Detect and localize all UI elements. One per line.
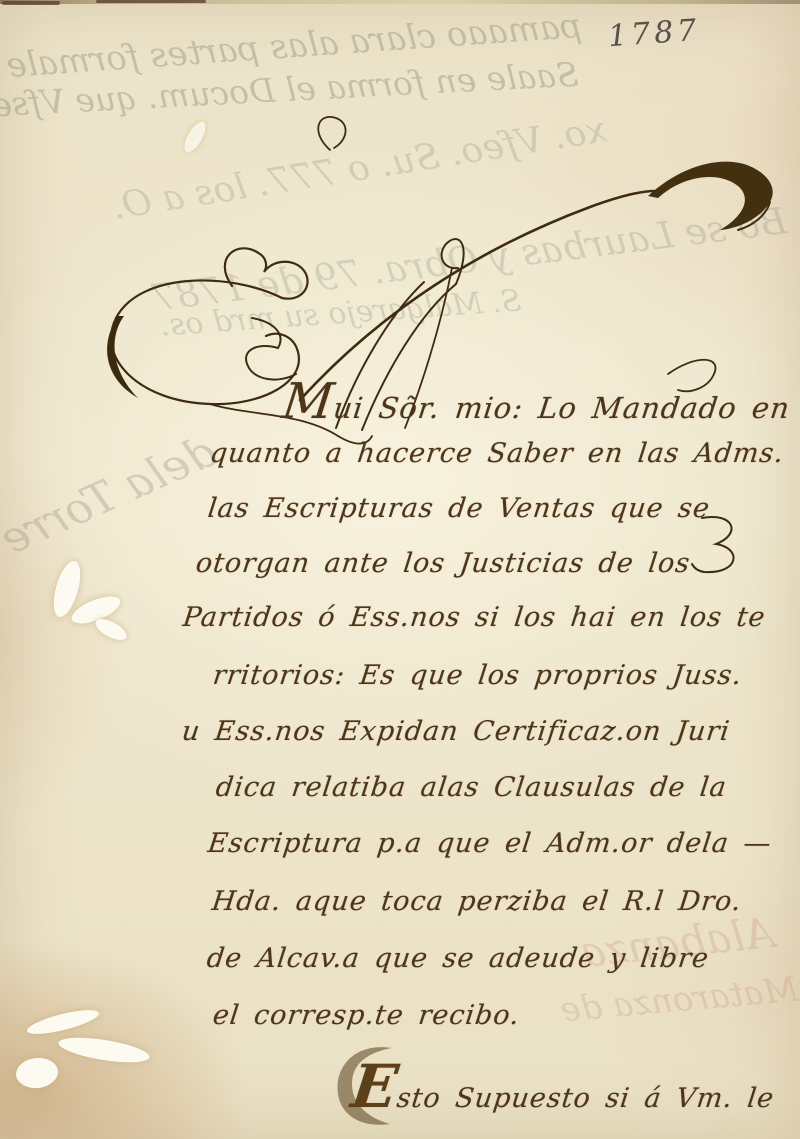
letter-m-stem-loop [442, 239, 464, 284]
ribbon-tail-hook [738, 202, 770, 230]
text-line: u Ess.nos Expidan Certificaz.on Juri [180, 716, 732, 747]
paper-damage-spot [92, 615, 129, 644]
verso-bleedthrough-line: pamaao clara alas partes formale [5, 6, 583, 86]
top-curl-flourish [318, 117, 345, 150]
text-line: quanto a hacerce Saber en las Adms. [208, 438, 786, 469]
monogram-z-stroke [246, 318, 296, 380]
grand-rubric-stroke [300, 191, 655, 400]
text-line: de Alcav.a que se adeude y libre [205, 943, 711, 974]
verso-bleedthrough-line: Saale en forma el Docum. que Vfse [0, 55, 580, 125]
text-line: Hda. aque toca perziba el R.l Dro. [210, 886, 743, 917]
verso-bleedthrough-line: Mataronza de [559, 970, 800, 1031]
text-line: el corresp.te recibo. [211, 1000, 522, 1031]
line-end-swash [692, 517, 734, 572]
text-line: dica relatiba alas Clausulas de la [214, 772, 729, 803]
closing-text-line: Esto Supuesto si á Vm. le [348, 1052, 780, 1122]
monogram-oval [111, 280, 299, 404]
rubric-ribbon [648, 162, 773, 230]
manuscript-page: pamaao clara alas partes formale Saale e… [0, 0, 800, 1139]
year-annotation: 1787 [607, 13, 702, 54]
text-line: otorgan ante los Justicias de los [194, 548, 692, 579]
verso-bleedthrough-signature: dela Torre [0, 426, 224, 566]
paper-damage-spot [25, 1005, 101, 1038]
verso-bleedthrough-line: xo. Vfeo. Su. o 777. los a O. [110, 109, 609, 228]
paper-damage-spot [57, 1033, 151, 1067]
text-line: Escriptura p.a que el Adm.or dela — [206, 828, 773, 859]
text-line: rritorios: Es que los proprios Juss. [211, 660, 744, 691]
text-line: las Escripturas de Ventas que se [206, 493, 712, 524]
paper-damage-spot [180, 119, 209, 155]
text-line: Partidos ó Ess.nos si los hai en los te [181, 602, 767, 633]
verso-bleedthrough-line: S. Malgarejo su mrd os. [159, 283, 522, 343]
paper-damage-spot [15, 1056, 60, 1090]
verso-bleedthrough-line: Bo se Laurbas y Obra. 79 de 1787 [150, 199, 789, 320]
scan-edge-mark [2, 1, 60, 5]
text-line: Mui Sõr. mio: Lo Mandado en [279, 372, 794, 430]
scan-edge-mark [96, 0, 206, 3]
monogram-heavy-crescent [107, 316, 138, 398]
monogram-heart-loop [225, 248, 308, 298]
